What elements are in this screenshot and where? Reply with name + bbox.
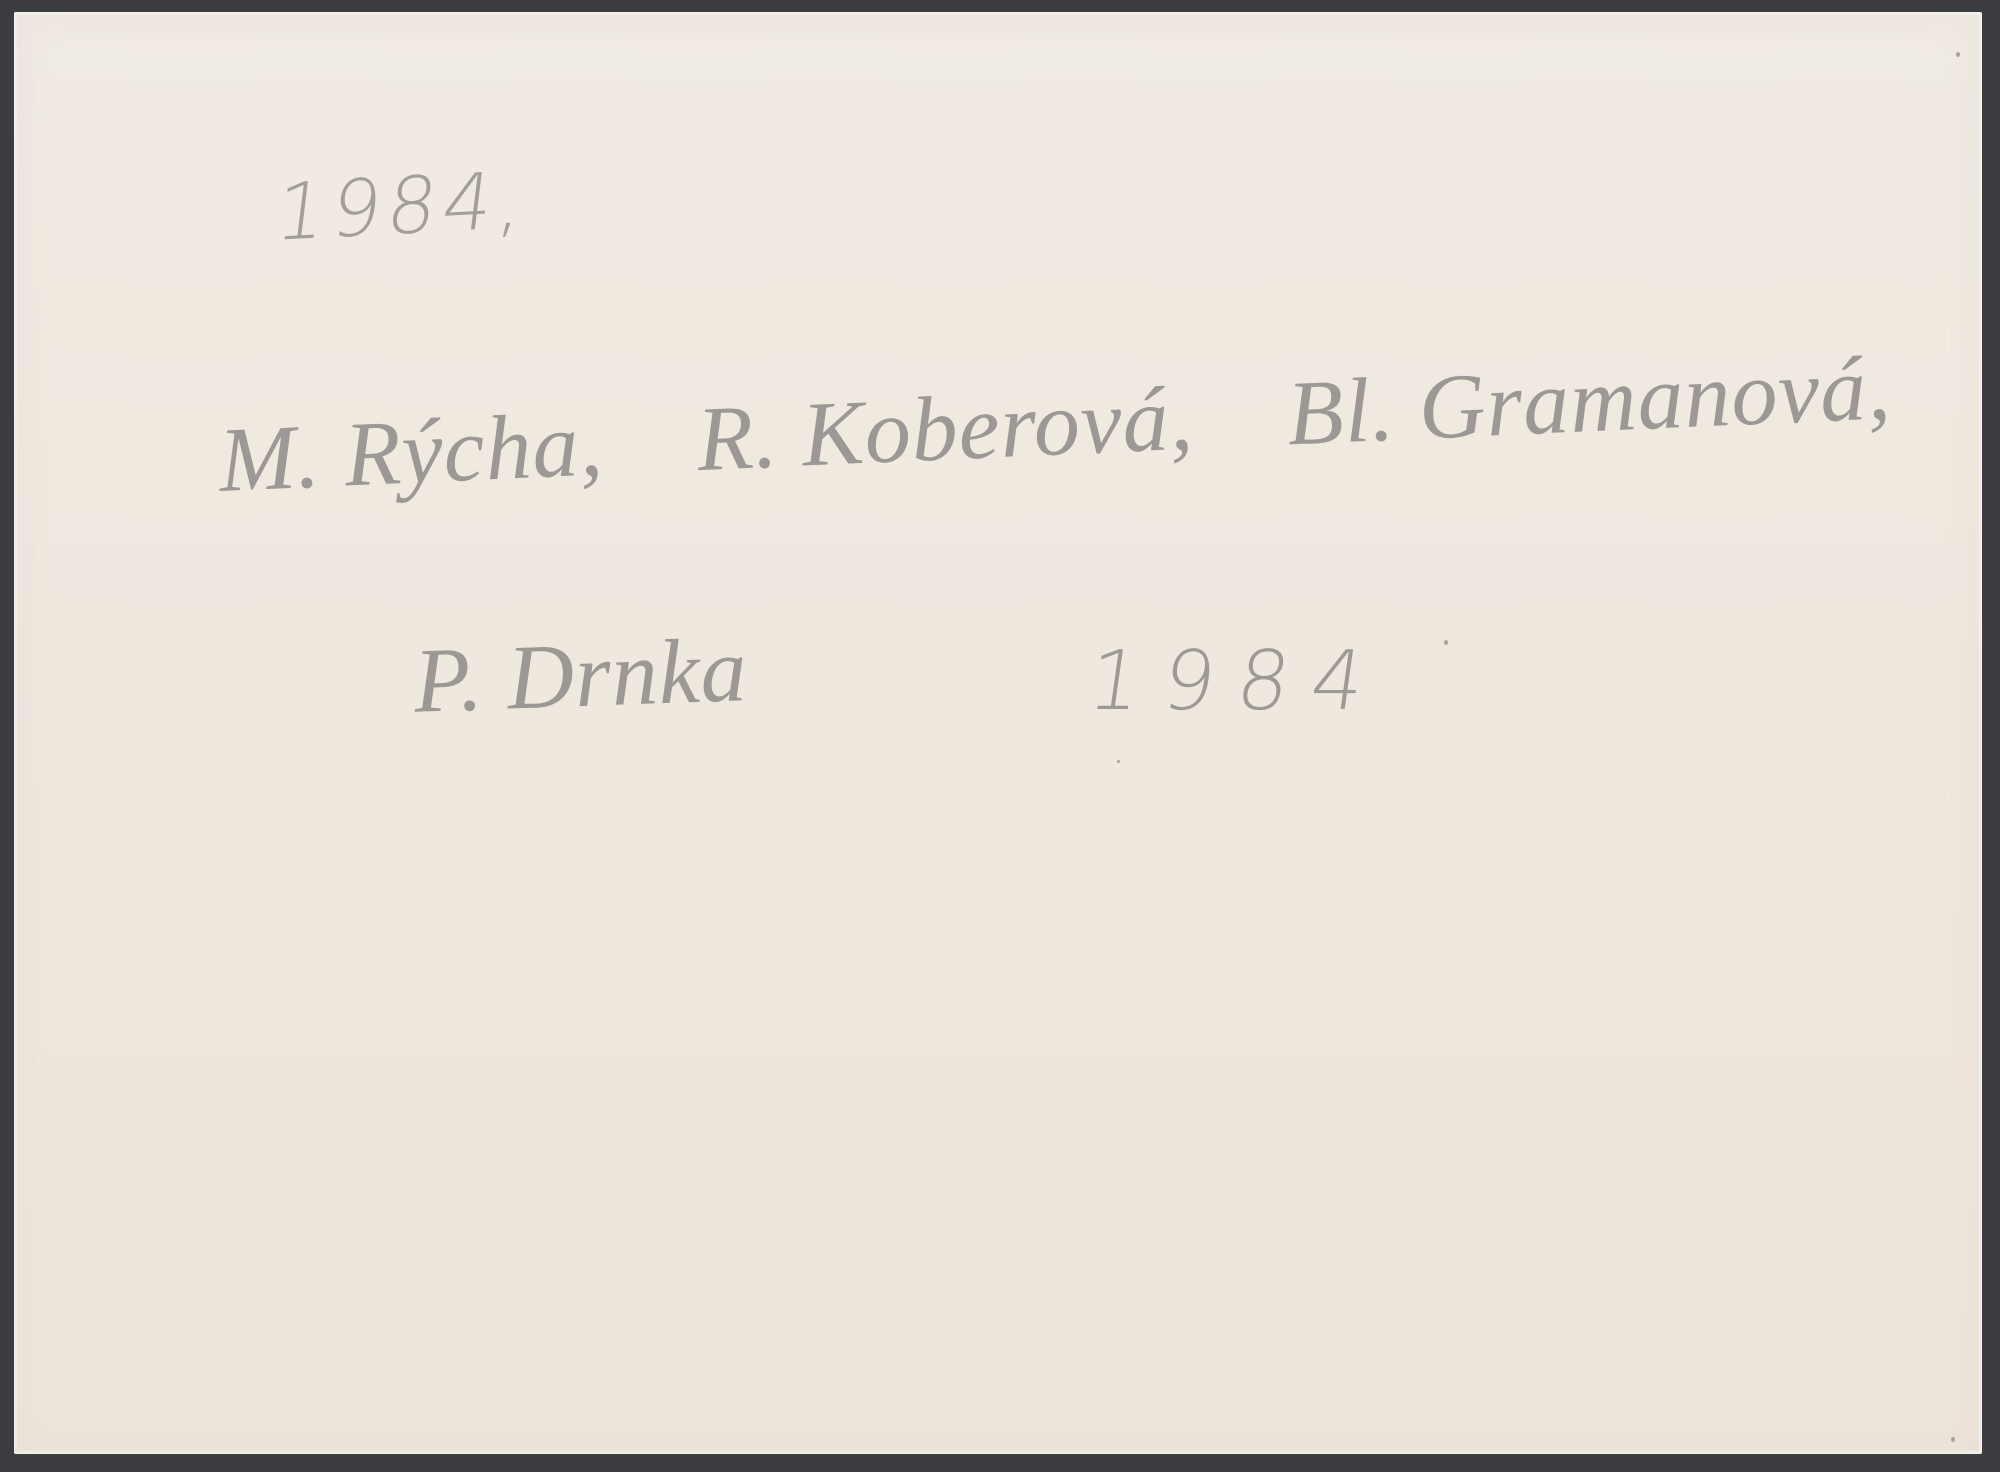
- handwritten-names-line: M. Rýcha, R. Koberová, Bl. Gramanová,: [217, 331, 1963, 513]
- handwritten-name-4: P. Drnka: [412, 616, 749, 734]
- handwritten-name-1: M. Rýcha,: [217, 392, 606, 511]
- photo-back-paper: 1984, M. Rýcha, R. Koberová, Bl. Gramano…: [14, 12, 1982, 1454]
- paper-speck: [1444, 640, 1448, 645]
- paper-speck: [1117, 760, 1120, 763]
- handwritten-name-3: Bl. Gramanová,: [1285, 336, 1893, 464]
- handwritten-name-2: R. Koberová,: [695, 367, 1196, 491]
- handwritten-year-bottom: 1984: [1082, 634, 1392, 729]
- paper-speck: [1951, 1437, 1955, 1442]
- paper-speck: [1956, 52, 1960, 57]
- handwritten-year-top: 1984,: [271, 155, 535, 259]
